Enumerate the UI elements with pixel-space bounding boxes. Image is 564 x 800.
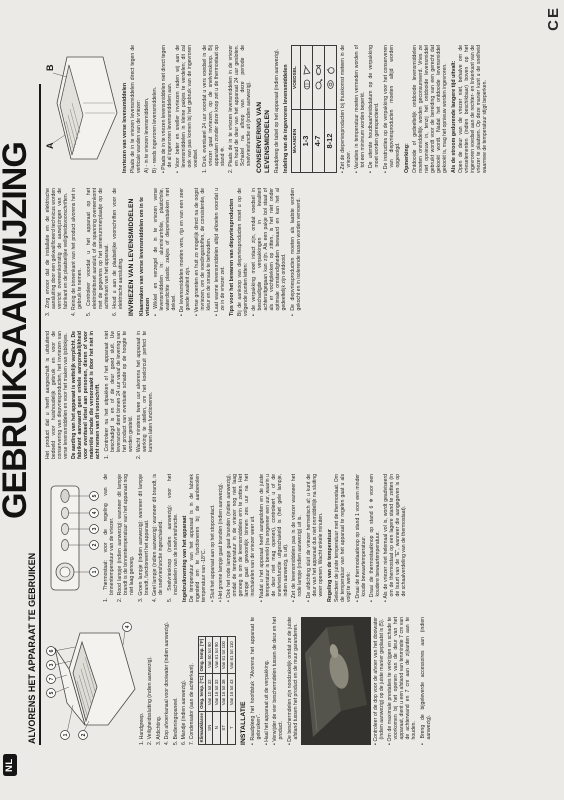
installatie-bullet: Om de maximale prestaties te verkrijgen …: [387, 617, 417, 745]
cell: Van 61 tot 90: [213, 637, 220, 674]
subheader-klaarmaken: Klaarmaken van verse levensmiddelen om i…: [139, 188, 152, 316]
table-row: N Van 16 tot 32 Van 61 tot 90: [213, 637, 220, 745]
panel-callout-2: 2: [92, 543, 98, 546]
language-badge-nl: NL: [3, 754, 17, 776]
paragraph-aarding: De aarding van het apparaat is wettelijk…: [71, 331, 101, 459]
paragraph: Nadat u het apparaat heeft aangesloten e…: [259, 474, 289, 602]
paragraph: Het product dat u heeft aangeschaft is u…: [45, 331, 69, 459]
food-cell: [312, 46, 324, 110]
legend-item: 6. Mandje (indien aanwezig).: [181, 617, 187, 745]
section-header-conservering: CONSERVERING VAN LEVENSMIDDELEN: [256, 45, 272, 173]
paragraph: Plaats de in te vriezen levensmiddelen n…: [161, 45, 173, 173]
storage-months-table: MAANDEN VOEDSEL 1-3 4-7: [291, 45, 337, 173]
food-cell: [324, 46, 336, 110]
table-row: ST Van 16 tot 38 Van 61 tot 100: [220, 637, 227, 745]
invriezen-bullet: Verse groenten en fruit zo mogelijk dire…: [194, 188, 212, 316]
conservering-bullet: Variaties in temperatuur moeten vermeden…: [354, 45, 366, 173]
months-header: MAANDEN: [292, 110, 301, 173]
months-cell: 1-3: [300, 110, 312, 173]
installatie-bullet: Controleer of de dop voor de afvoer van …: [373, 617, 385, 745]
table-row: SN Van 10 tot 32 Van 50 tot 90: [206, 637, 213, 745]
paragraph: Draai de thermostaatknop op stand 1 voor…: [355, 474, 367, 602]
compartment-label-a: A: [45, 142, 55, 149]
legend-item: 2. Veiligheidssluiting (indien aanwezig)…: [147, 617, 153, 745]
poultry-icon: [314, 79, 323, 90]
table-row: 8-12: [324, 46, 336, 173]
cell: Van 50 tot 90: [206, 637, 213, 674]
legend-item: 3. Afdichting.: [156, 617, 162, 745]
cell: Van 16 tot 38: [220, 674, 227, 711]
paragraph: Voor beter en sneller invriezen raden wi…: [175, 45, 199, 173]
scanned-manual-page: NL GEBRUIKSAANWIJZING ALVORENS HET APPAR…: [0, 0, 564, 800]
callout-6: 6: [49, 649, 55, 652]
invriezen-bullet: De levensmiddelen moeten vers, rijp en v…: [179, 188, 191, 316]
paragraph: Ook het rode lampje gaat branden (indien…: [226, 474, 256, 602]
cell: Van 16 tot 43: [228, 674, 235, 711]
paragraph: Selecteer de juiste temperatuur met de t…: [334, 474, 352, 602]
panel-callout-1: 1: [92, 570, 98, 573]
paragraph: De afdichting sluit de vriezer hermetisc…: [306, 474, 324, 602]
subheader-regeling: Regeling van de temperatuur: [327, 474, 333, 602]
invriezen-step: 2. Plaats de in te vriezen levensmiddele…: [228, 45, 252, 173]
panel-item: 4. Geel lampje (indien aanwezig): wannee…: [152, 474, 164, 602]
conservering-bullet: De instructies op de verpakking voor het…: [383, 45, 401, 173]
tips-bullet: De diepvriesproducten moeten als laatste…: [290, 188, 302, 316]
panel-item: 2. Rood lampje (indien aanwezig): wannee…: [117, 474, 135, 602]
paragraph: Ontdooide of gedeeltelijk ontdooide leve…: [412, 45, 448, 173]
callout-5: 5: [49, 691, 55, 694]
tips-bullet: de verpakking moet intact zijn, omdat vo…: [251, 188, 287, 316]
subheader-stroomuitval: Als de stroom gedurende langere tijd uit…: [451, 45, 457, 173]
installatie-bullet: Verwijder de vier beschermdelen tussen d…: [272, 617, 284, 745]
alvorens-item: 6. Houd u aan de plaatselijke voorschrif…: [112, 188, 124, 316]
section-header-invriezen: INVRIEZEN VAN LEVENSMIDDELEN: [128, 188, 136, 316]
subheader-tips: Tips voor het bewaren van diepvriesprodu…: [229, 188, 235, 316]
panel-item: 3. Groen lampje (indien aanwezig): wanne…: [138, 474, 150, 602]
column-2: 1 2 3 4 5 1. Thermostaat: voor de regeli…: [45, 474, 559, 602]
invriezen-step: 1. Druk, eventueel 24 uur voordat u vers…: [202, 45, 226, 173]
food-cell: [300, 46, 312, 110]
drain-plug-photo: [301, 617, 371, 745]
cell: N: [213, 711, 220, 744]
paragraph: Plaats de in te vriezen levensmiddelen d…: [130, 45, 142, 173]
vegetables-icon: [302, 65, 311, 76]
installatie-bullet: Breng de bijgeleverde accessoires aan (i…: [420, 617, 432, 745]
content-columns: 1 2 5 7 3 6 4 1. Handgreep. 2. Veilighei…: [45, 45, 559, 745]
fish-icon: [314, 65, 323, 76]
callout-3: 3: [49, 663, 55, 666]
compartment-label-b: B: [45, 64, 55, 71]
bread-icon: [302, 79, 311, 90]
ce-mark-icon: CE: [545, 6, 562, 31]
panel-item: 1. Thermostaat: voor de regeling van de …: [103, 474, 115, 602]
paragraph: A) - in te vriezen levensmiddelen,: [144, 45, 150, 173]
paragraph: Zet de levensmiddelen pas in de vriezer …: [291, 474, 303, 602]
panel-callout-4: 4: [92, 511, 98, 514]
months-cell: 8-12: [324, 110, 336, 173]
callout-4: 4: [125, 625, 131, 628]
table-row: T Van 16 tot 43 Van 61 tot 110: [228, 637, 235, 745]
installatie-bullet: De beschermdelen zijn noodzakelijk omdat…: [287, 617, 299, 745]
callout-2: 2: [81, 733, 87, 736]
paragraph: Open de deur van de vriezer niet, behalv…: [458, 45, 488, 173]
invriezen-bullet: Wikkel en verzegel de in te vriezen vers…: [153, 188, 177, 316]
control-panel-figure: 1 2 3 4 5: [45, 474, 101, 602]
alvorens-item: 3. Zorg ervoor dat de installatie en de …: [45, 188, 69, 316]
paragraph: Sluit het apparaat aan op het stopcontac…: [210, 474, 216, 602]
legend-item: 4. Dop afvoerkanaal voor dooiwater (indi…: [164, 617, 170, 745]
food-header: VOEDSEL: [292, 46, 301, 110]
callout-1: 1: [63, 733, 69, 736]
subheader-opmerking: Opmerking:: [404, 45, 410, 173]
installatie-bullet: Haal het apparaat uit de verpakking.: [264, 617, 270, 745]
page-title: GEBRUIKSAANWIJZING: [0, 142, 35, 519]
paragraph: Bij de aankoop van diepvriesproducten mo…: [237, 188, 249, 316]
alvorens-item: 4. Reinig de binnenkant van het product …: [71, 188, 83, 316]
cell: T: [228, 711, 235, 744]
section-header-alvorens: ALVORENS HET APPARAAT TE GEBRUIKEN: [27, 553, 37, 744]
cell: Van 10 tot 32: [206, 674, 213, 711]
title-rule: [39, 84, 41, 745]
climate-header: Klimaatklasse: [198, 711, 205, 744]
months-cell: 4-7: [312, 110, 324, 173]
alvorens-item: 2. Wacht minstens twee uur alvorens het …: [136, 331, 154, 459]
paragraph: Draai de thermostaatknop op stand 6 ❄ vo…: [369, 474, 381, 602]
legend-item: 5. Bedieningspaneel.: [173, 617, 179, 745]
column-1: 1 2 5 7 3 6 4 1. Handgreep. 2. Veilighei…: [45, 617, 559, 745]
section-header-installatie: INSTALLATIE: [240, 617, 248, 745]
freezer-compartments-figure: A B: [45, 45, 119, 173]
table-row: 1-3: [300, 46, 312, 173]
legend-item: 1. Handgreep.: [139, 617, 145, 745]
climate-class-table: Klimaatklasse Omg. temp. (°C) Omg. temp.…: [198, 636, 236, 745]
column-5: A B Invriezen van verse levensmiddelen P…: [45, 45, 559, 173]
legend-item: 7. Condensator (aan de achterkant).: [189, 617, 195, 745]
paragraph: Raadpleeg de tabel op het apparaat (indi…: [274, 45, 280, 173]
climate-header: Omg. temp. (°C): [198, 674, 205, 711]
panel-callout-3: 3: [92, 527, 98, 530]
conservering-bullet: De uiterste houdbaarheidsdatum op de ver…: [368, 45, 380, 173]
table-row: 4-7: [312, 46, 324, 173]
manual-sheet: NL GEBRUIKSAANWIJZING ALVORENS HET APPAR…: [0, 0, 564, 800]
cell: ST: [220, 711, 227, 744]
panel-item: 5. Snelvriesknop (indien aanwezig): voor…: [167, 474, 179, 602]
paragraph: Het groene lampje gaat branden (indien a…: [218, 474, 224, 602]
paragraph: De temperatuur van het apparaat is in de…: [189, 474, 207, 602]
fruit-icon: [326, 65, 335, 76]
cell: Van 61 tot 110: [228, 637, 235, 674]
invriezen-bullet: Laat warme levensmiddelen altijd afkoele…: [214, 188, 226, 316]
subheader-indeling: Indeling van de ingevroren levensmiddele…: [283, 45, 289, 173]
cell: SN: [206, 711, 213, 744]
cell: Van 61 tot 100: [220, 637, 227, 674]
column-4: 3. Zorg ervoor dat de installatie en de …: [45, 188, 559, 316]
subheader-invriezen-vers: Invriezen van verse levensmiddelen: [122, 45, 128, 173]
conservering-bullet: Zet de diepvriesproducten bij thuiskomst…: [340, 45, 352, 173]
alvorens-item: 5. Controleer voordat u het apparaat op …: [86, 188, 110, 316]
installatie-bullet: Raadpleeg het hoofdstuk "Alvorens het ap…: [250, 617, 262, 745]
climate-header: Omg. temp. (°F): [198, 637, 205, 674]
column-3: Het product dat u heeft aangeschaft is u…: [45, 331, 559, 459]
chest-freezer-figure: 1 2 5 7 3 6 4: [45, 617, 137, 745]
subheader-ingebruikneming: Ingebruikneming van het apparaat: [182, 474, 188, 602]
panel-callout-5: 5: [92, 494, 98, 497]
callout-7: 7: [49, 677, 55, 680]
alvorens-item: 1. Controleer na het uitpakken of het ap…: [104, 331, 134, 459]
cell: Van 16 tot 32: [213, 674, 220, 711]
paragraph: Als de vriezer niet helemaal vol is, wor…: [383, 474, 407, 602]
meat-icon: [326, 79, 335, 90]
paragraph: B) - reeds ingevroren levensmiddelen.: [152, 45, 158, 173]
